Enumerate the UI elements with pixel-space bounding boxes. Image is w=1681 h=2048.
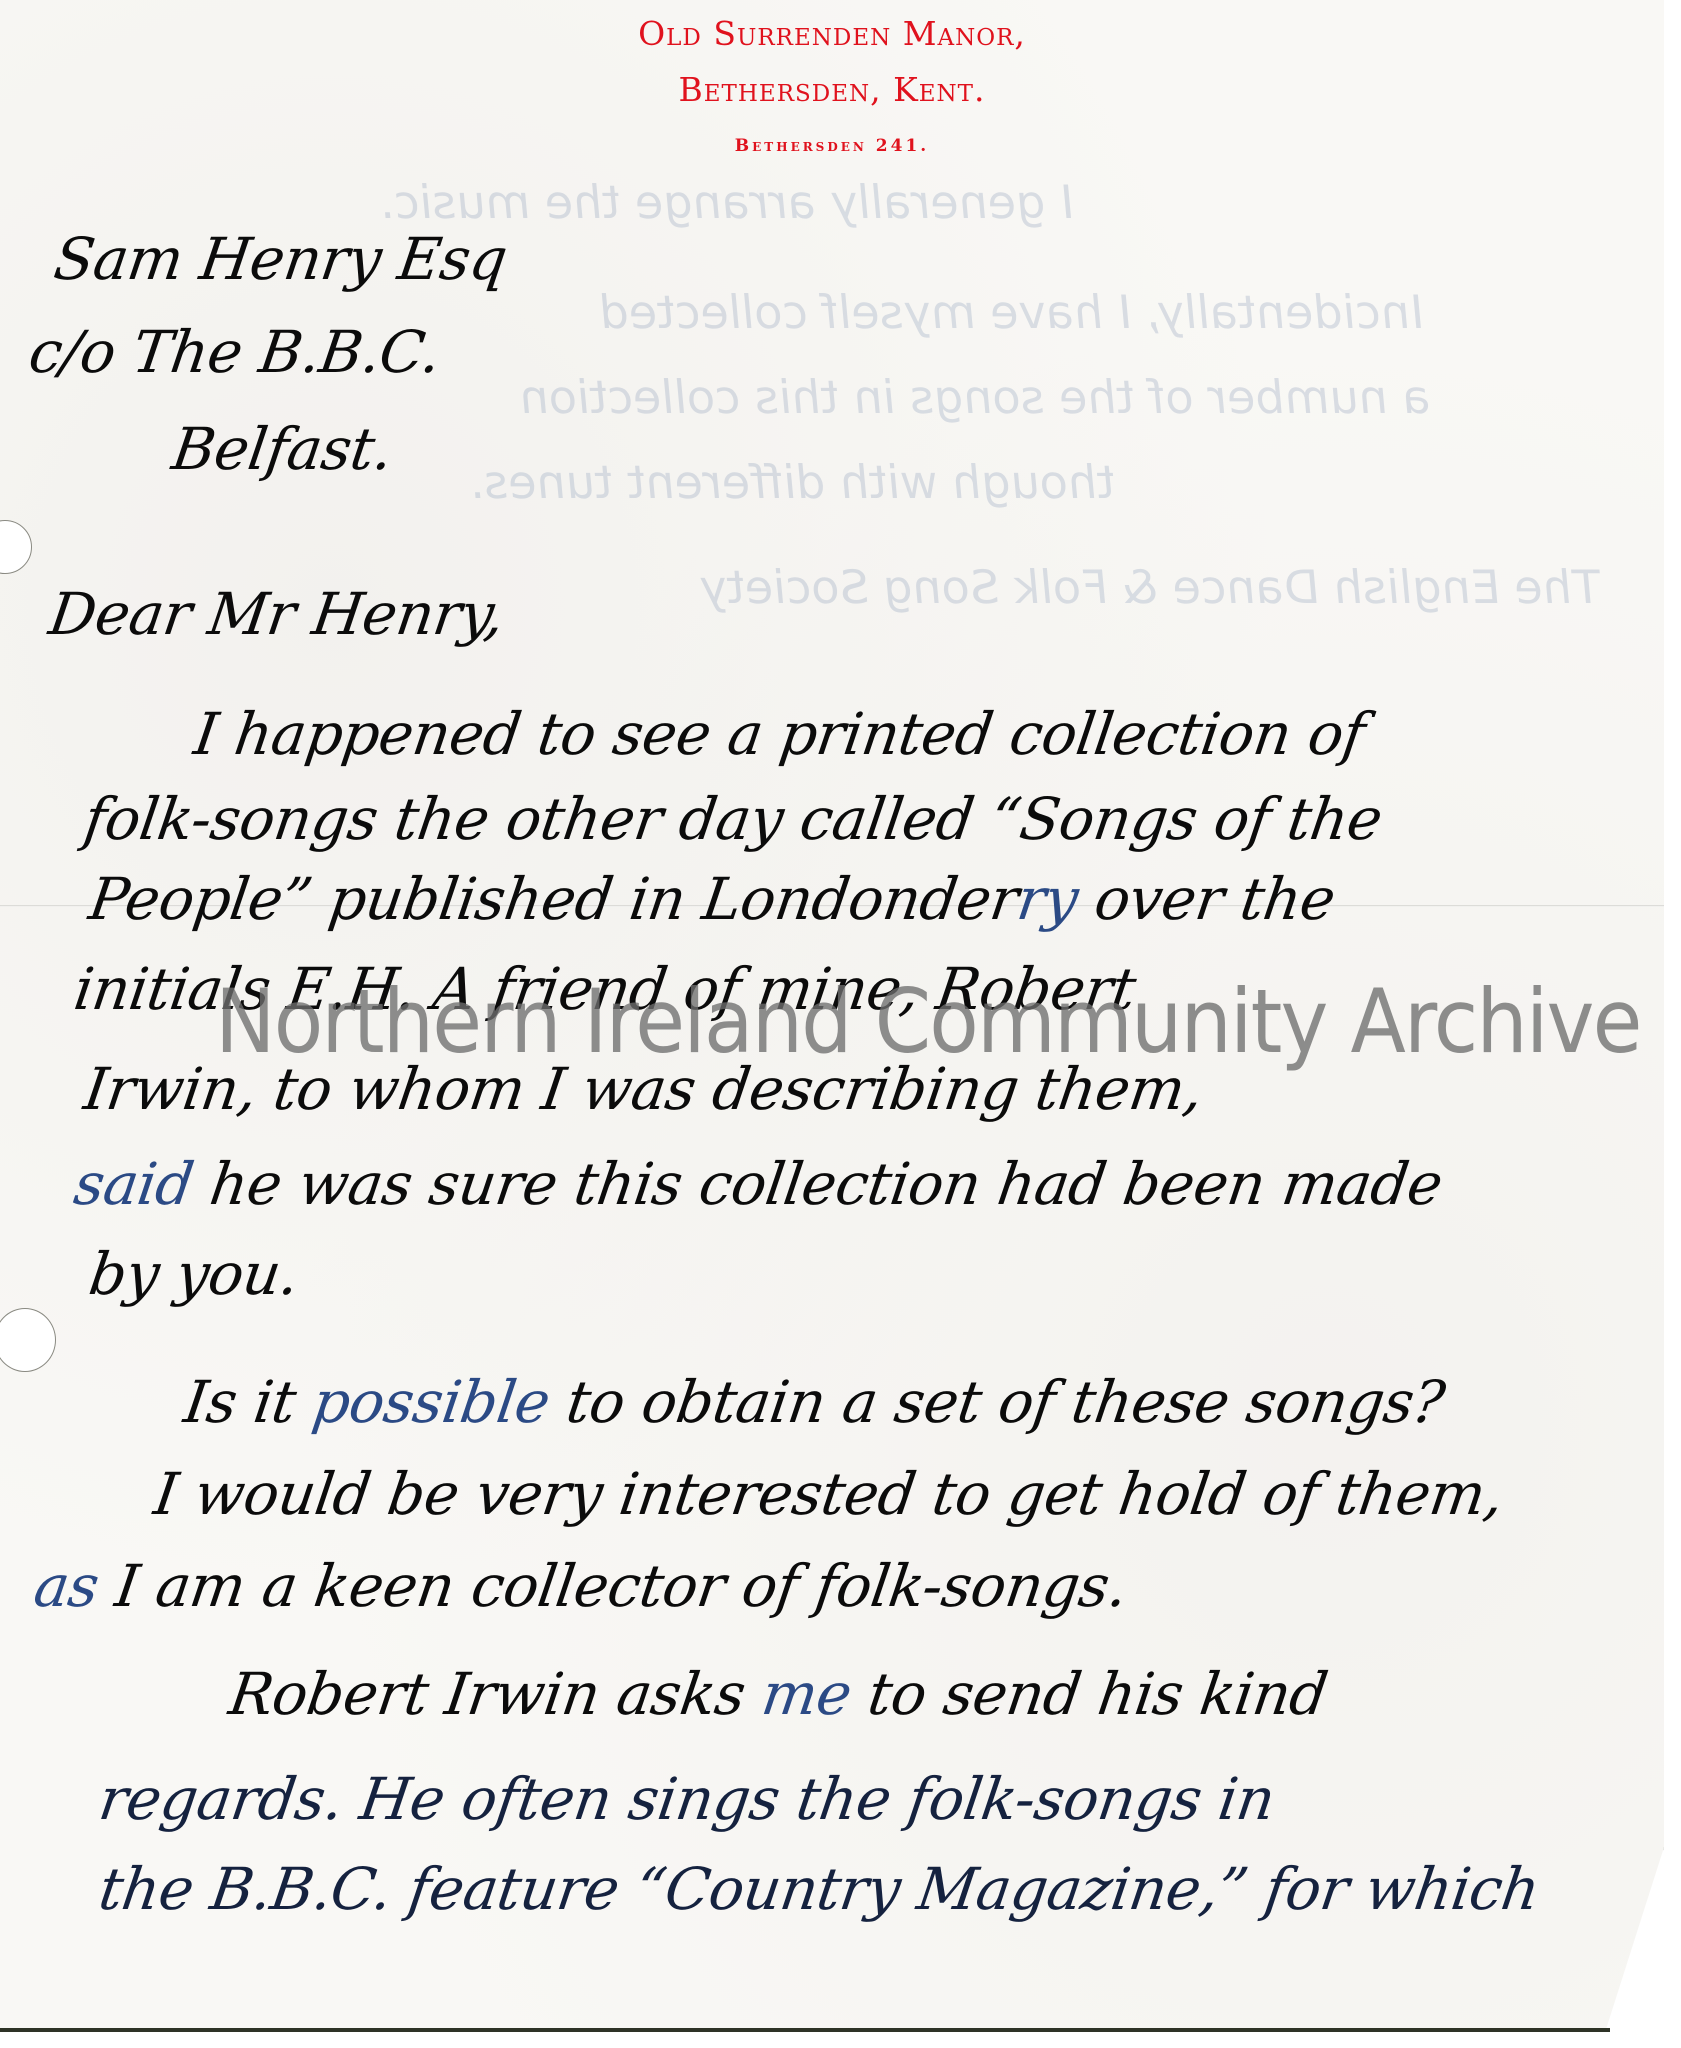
recipient-city: Belfast. bbox=[168, 415, 397, 483]
paper-bottom-edge bbox=[0, 2028, 1610, 2032]
recipient-care-of: c/o The B.B.C. bbox=[25, 318, 445, 386]
archive-watermark: Northern Ireland Community Archive bbox=[215, 970, 1641, 1073]
show-through-line: Incidentally, I have myself collected bbox=[597, 285, 1427, 339]
show-through-line: I generally arrange the music. bbox=[377, 175, 1077, 229]
body-line: People” published in Londonderry over th… bbox=[85, 865, 1339, 933]
recipient-name: Sam Henry Esq bbox=[50, 225, 511, 293]
letterhead-house-name: Old Surrenden Manor, bbox=[0, 14, 1664, 53]
show-through-line: though with different tunes. bbox=[467, 455, 1118, 509]
salutation: Dear Mr Henry, bbox=[45, 580, 508, 648]
body-line: Is it possible to obtain a set of these … bbox=[180, 1368, 1449, 1436]
letterhead-telephone: Bethersden 241. bbox=[0, 136, 1664, 156]
body-line: Robert Irwin asks me to send his kind bbox=[225, 1660, 1332, 1728]
body-line: as I am a keen collector of folk-songs. bbox=[30, 1552, 1131, 1620]
show-through-line: a number of the songs in this collection bbox=[517, 370, 1434, 424]
body-line: I would be very interested to get hold o… bbox=[150, 1460, 1507, 1528]
body-line: I happened to see a printed collection o… bbox=[190, 700, 1369, 768]
body-line: the B.B.C. feature “Country Magazine,” f… bbox=[95, 1855, 1544, 1923]
body-line: regards. He often sings the folk-songs i… bbox=[95, 1765, 1279, 1833]
letterhead-location: Bethersden, Kent. bbox=[0, 70, 1664, 109]
show-through-line: The English Dance & Folk Song Society bbox=[697, 560, 1603, 614]
body-line: by you. bbox=[85, 1240, 303, 1308]
body-line: folk-songs the other day called “Songs o… bbox=[80, 785, 1386, 853]
body-line: said he was sure this collection had bee… bbox=[70, 1150, 1447, 1218]
